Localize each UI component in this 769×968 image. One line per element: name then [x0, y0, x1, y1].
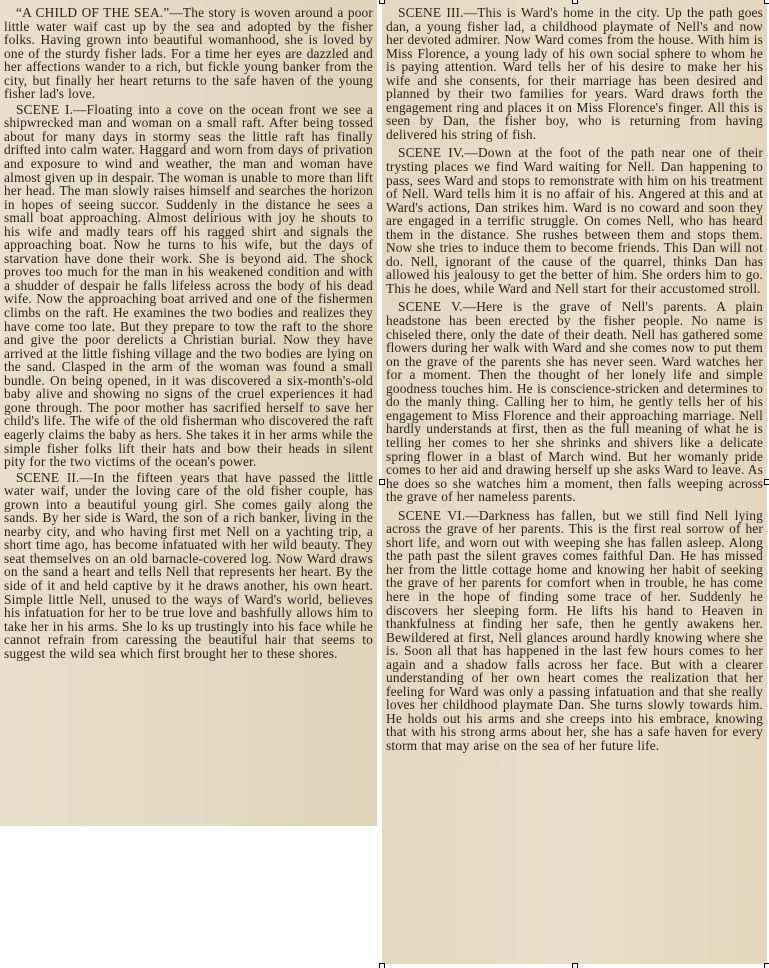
scene-4-paragraph: SCENE IV.—Down at the foot of the path n… [386, 146, 763, 295]
resize-handle-top-left[interactable] [379, 0, 385, 4]
intro-paragraph: “A CHILD OF THE SEA.”—The story is woven… [4, 6, 373, 101]
resize-handle-bottom-right[interactable] [764, 963, 769, 968]
scene-5-paragraph: SCENE V.—Here is the grave of Nell's par… [386, 300, 763, 503]
scene-6-paragraph: SCENE VI.—Darkness has fallen, but we st… [386, 509, 763, 753]
article-column-left: “A CHILD OF THE SEA.”—The story is woven… [0, 0, 377, 826]
resize-handle-mid-right[interactable] [764, 479, 769, 485]
resize-handle-bottom-left[interactable] [379, 963, 385, 968]
resize-handle-bottom-mid[interactable] [572, 963, 578, 968]
article-column-right: SCENE III.—This is Ward's home in the ci… [382, 0, 767, 964]
resize-handle-top-right[interactable] [764, 0, 769, 4]
scene-3-paragraph: SCENE III.—This is Ward's home in the ci… [386, 6, 763, 141]
resize-handle-top-mid[interactable] [572, 0, 578, 4]
scene-2-paragraph: SCENE II.—In the fifteen years that have… [4, 471, 373, 661]
scene-1-paragraph: SCENE I.—Floating into a cove on the oce… [4, 103, 373, 469]
resize-handle-mid-left[interactable] [379, 479, 385, 485]
